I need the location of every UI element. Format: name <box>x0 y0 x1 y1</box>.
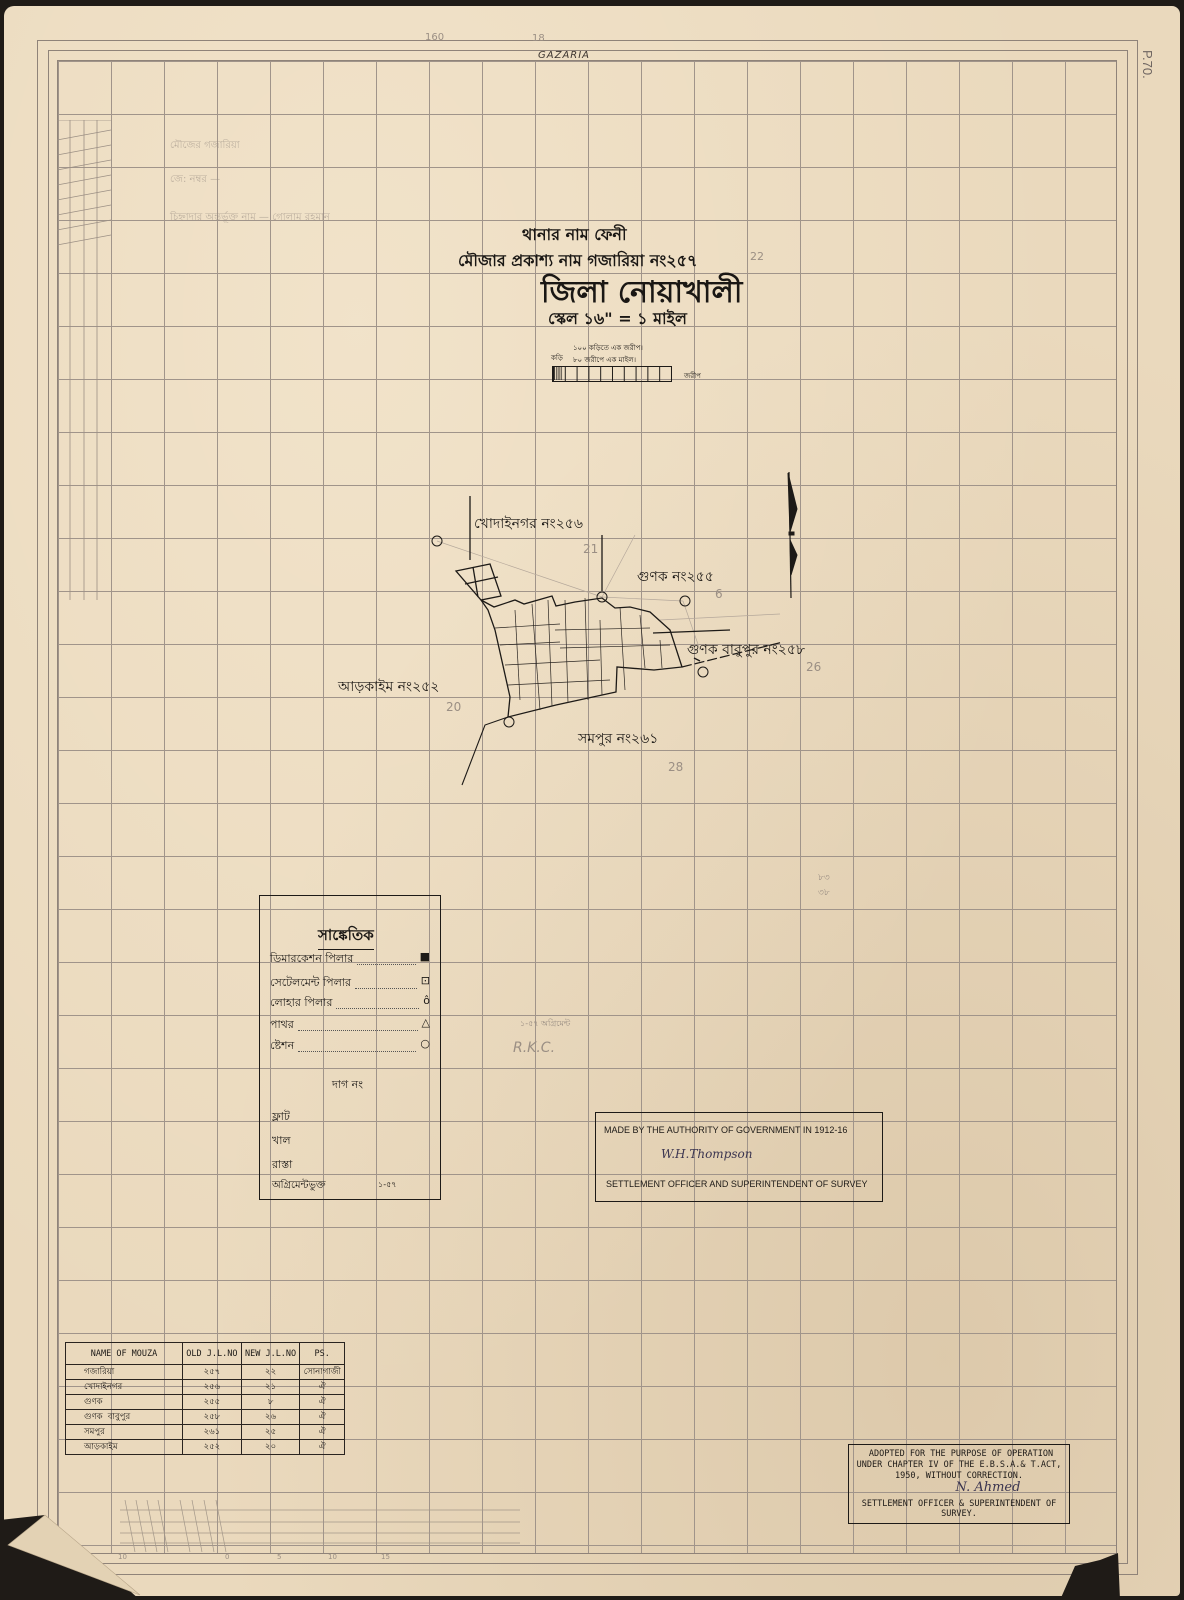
table-row: গুণক২৫৫৮ঐ <box>66 1395 345 1410</box>
pencil-marks-right: ৮৩ ৩৮ <box>818 870 830 900</box>
neighbor-label-arkaim: আড়কাইম নং২৫২ <box>338 675 439 699</box>
stone-icon: △ <box>422 1016 430 1035</box>
table-row: গজারিয়া২৫৭২২সোনাগাজী <box>66 1365 345 1380</box>
legend-item: ষ্টেশন○ <box>270 1037 430 1056</box>
legend-title: সাঙ্কেতিক <box>318 924 374 950</box>
legend-canal: খাল <box>272 1132 291 1151</box>
table-row: গুণক বাবুপুর২৫৮২৬ঐ <box>66 1410 345 1425</box>
table-header: NAME OF MOUZA OLD J.L.NO NEW J.L.NO PS. <box>66 1343 345 1365</box>
authority-certificate: MADE BY THE AUTHORITY OF GOVERNMENT IN 1… <box>595 1112 883 1202</box>
authority-text: MADE BY THE AUTHORITY OF GOVERNMENT IN 1… <box>604 1125 847 1135</box>
neighbor-label-khodainagar: খোদাইনগর নং২৫৬ <box>474 512 583 536</box>
table-row: আড়কাইম২৫২২০ঐ <box>66 1440 345 1455</box>
scale-tick: 15 <box>381 1553 390 1561</box>
diagonal-scale-bottom <box>120 1500 520 1560</box>
pencil-jl: 6 <box>715 587 723 601</box>
torn-corner <box>0 1500 180 1600</box>
legend-item: লোহার পিলারô <box>270 994 430 1013</box>
torn-edge-bottom <box>1040 1548 1184 1600</box>
station-icon: ○ <box>420 1037 430 1056</box>
scale-tick: 0 <box>225 1553 229 1561</box>
neighbor-label-gunak-babupur: গুণক বাবুপুর নং২৫৮ <box>687 638 805 662</box>
pencil-stamp: R.K.C. <box>513 1040 555 1056</box>
pencil-jl: 26 <box>806 660 821 674</box>
scale-tick: 5 <box>277 1553 281 1561</box>
legend-agreement: অগ্রিমেন্টভুক্ত <box>272 1178 326 1195</box>
legend-road: রাস্তা <box>272 1156 292 1175</box>
neighbor-label-sampur: সমপুর নং২৬১ <box>578 727 658 751</box>
neighbor-label-gunak: গুণক নং২৫৫ <box>637 565 714 589</box>
pencil-jl: 21 <box>583 542 598 556</box>
adoption-stamp: ADOPTED FOR THE PURPOSE OF OPERATION UND… <box>848 1444 1070 1524</box>
legend-item: ডিমারকেশন পিলার■ <box>270 950 430 969</box>
scale-tick: 10 <box>328 1553 337 1561</box>
table-row: খোদাইনগর২৫৬২১ঐ <box>66 1380 345 1395</box>
officer-title: SETTLEMENT OFFICER AND SUPERINTENDENT OF… <box>606 1179 868 1189</box>
legend-box: সাঙ্কেতিক ডিমারকেশন পিলার■ সেটেলমেন্ট পি… <box>259 895 441 1200</box>
legend-agreement-value: ১-৫৭ <box>378 1179 396 1192</box>
iron-pillar-icon: ô <box>423 994 430 1013</box>
north-arrow-icon <box>788 472 797 598</box>
table-row: সমপুর২৬১২৫ঐ <box>66 1425 345 1440</box>
pencil-jl: 20 <box>446 700 461 714</box>
pencil-note-center: ১-৫৭ অগ্রিমেন্ট <box>520 1018 570 1031</box>
adoption-signature: N. Ahmed <box>909 1482 1067 1493</box>
legend-item: সেটেলমেন্ট পিলার⊡ <box>270 974 430 993</box>
demarcation-pillar-icon: ■ <box>420 950 430 969</box>
settlement-pillar-icon: ⊡ <box>421 974 430 993</box>
plot-number-heading: দাগ নং <box>332 1076 363 1095</box>
pencil-jl: 28 <box>668 760 683 774</box>
mouza-table: NAME OF MOUZA OLD J.L.NO NEW J.L.NO PS. … <box>65 1342 345 1455</box>
officer-signature: W.H.Thompson <box>661 1147 752 1161</box>
legend-item: পাথর△ <box>270 1016 430 1035</box>
legend-flat: ফ্লাট <box>272 1108 290 1127</box>
